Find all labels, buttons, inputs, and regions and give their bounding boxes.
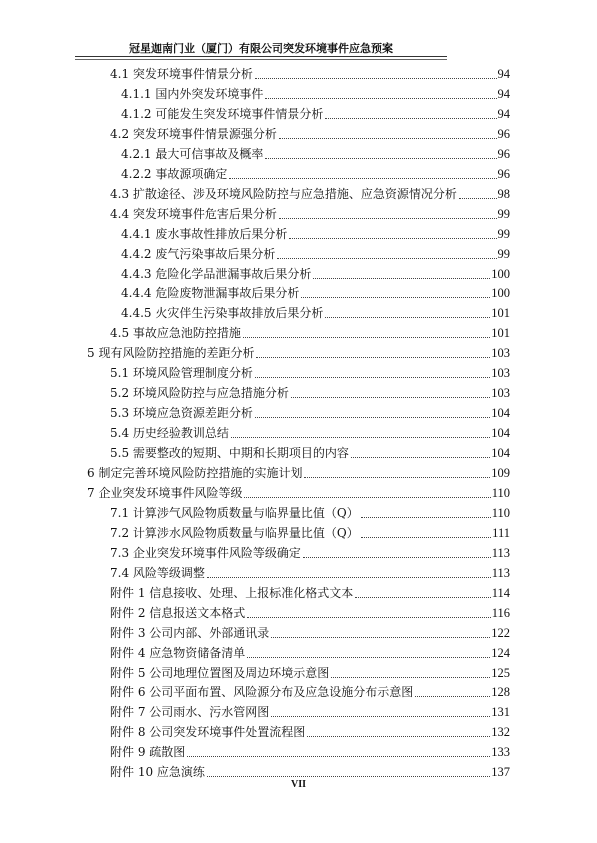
toc-entry-label: 6 制定完善环境风险防控措施的实施计划 xyxy=(87,466,304,480)
dot-leader xyxy=(304,465,490,478)
toc-entry-label: 附件 7 公司雨水、污水管网图 xyxy=(110,705,271,719)
dot-leader xyxy=(355,585,490,598)
toc-entry[interactable]: 4.4.5 火灾伴生污染事故排放后果分析101 xyxy=(121,300,510,320)
toc-entry-page: 103 xyxy=(491,366,510,380)
dot-leader xyxy=(244,485,490,498)
toc-entry[interactable]: 附件 4 应急物资储备清单124 xyxy=(110,640,510,660)
dot-leader xyxy=(271,625,490,638)
dot-leader xyxy=(256,345,490,358)
toc-entry-page: 104 xyxy=(491,446,510,460)
toc-entry-label: 7.2 计算涉水风险物质数量与临界量比值（Q） xyxy=(110,526,361,540)
dot-leader xyxy=(289,226,496,239)
dot-leader xyxy=(255,405,490,418)
toc-entry[interactable]: 5.5 需要整改的短期、中期和长期项目的内容104 xyxy=(110,440,510,460)
toc-entry-label: 4.5 事故应急池防控措施 xyxy=(110,326,243,340)
toc-entry-page: 103 xyxy=(491,346,510,360)
toc-entry-page: 131 xyxy=(491,705,510,719)
toc-entry-label: 附件 9 疏散图 xyxy=(110,745,187,759)
toc-entry-label: 附件 4 应急物资储备清单 xyxy=(110,646,247,660)
dot-leader xyxy=(229,166,496,179)
toc-entry-page: 132 xyxy=(491,725,510,739)
dot-leader xyxy=(351,445,490,458)
toc-entry-label: 4.2.2 事故源项确定 xyxy=(121,167,229,181)
toc-entry[interactable]: 5.4 历史经验教训总结104 xyxy=(110,420,510,440)
toc-entry[interactable]: 7 企业突发环境事件风险等级110 xyxy=(87,480,510,500)
toc-entry-page: 94 xyxy=(498,107,511,121)
toc-entry-page: 124 xyxy=(491,646,510,660)
toc-entry[interactable]: 4.4.1 废水事故性排放后果分析99 xyxy=(121,221,510,241)
header-rule-thin xyxy=(75,59,447,60)
dot-leader xyxy=(291,385,490,398)
dot-leader xyxy=(265,86,496,99)
toc-entry[interactable]: 4.4 突发环境事件危害后果分析99 xyxy=(110,201,510,221)
toc-entry-page: 122 xyxy=(491,626,510,640)
toc-entry[interactable]: 4.3 扩散途径、涉及环境风险防控与应急措施、应急资源情况分析98 xyxy=(110,181,510,201)
toc-entry-label: 4.4.3 危险化学品泄漏事故后果分析 xyxy=(121,267,313,281)
toc-entry-page: 128 xyxy=(491,685,510,699)
toc-entry[interactable]: 4.2.1 最大可信事故及概率96 xyxy=(121,141,510,161)
dot-leader xyxy=(415,684,490,697)
toc-entry[interactable]: 附件 6 公司平面布置、风险源分布及应急设施分布示意图128 xyxy=(110,679,510,699)
toc-entry-page: 98 xyxy=(498,187,511,201)
dot-leader xyxy=(279,206,497,219)
toc-entry-label: 5.3 环境应急资源差距分析 xyxy=(110,406,255,420)
toc-entry-page: 101 xyxy=(491,326,510,340)
toc-entry[interactable]: 4.2.2 事故源项确定96 xyxy=(121,161,510,181)
dot-leader xyxy=(265,146,496,159)
toc-entry-label: 附件 5 公司地理位置图及周边环境示意图 xyxy=(110,666,331,680)
toc-entry-label: 4.2 突发环境事件情景源强分析 xyxy=(110,127,279,141)
toc-entry-page: 110 xyxy=(492,486,510,500)
toc-entry[interactable]: 6 制定完善环境风险防控措施的实施计划109 xyxy=(87,460,510,480)
toc-entry-label: 4.4 突发环境事件危害后果分析 xyxy=(110,207,279,221)
toc-entry[interactable]: 4.5 事故应急池防控措施101 xyxy=(110,320,510,340)
toc-entry[interactable]: 5.2 环境风险防控与应急措施分析103 xyxy=(110,380,510,400)
toc-entry-page: 100 xyxy=(491,267,510,281)
toc-entry-page: 96 xyxy=(498,147,511,161)
toc-entry-page: 101 xyxy=(491,306,510,320)
dot-leader xyxy=(247,605,490,618)
toc-entry-page: 116 xyxy=(492,606,510,620)
toc-entry[interactable]: 4.4.4 危险废物泄漏事故后果分析100 xyxy=(121,280,510,300)
toc-entry[interactable]: 5 现有风险防控措施的差距分析103 xyxy=(87,340,510,360)
toc-entry[interactable]: 5.3 环境应急资源差距分析104 xyxy=(110,400,510,420)
toc-entry-label: 4.4.1 废水事故性排放后果分析 xyxy=(121,227,289,241)
dot-leader xyxy=(255,66,497,79)
toc-entry-page: 114 xyxy=(492,586,510,600)
toc-entry-page: 137 xyxy=(491,765,510,779)
dot-leader xyxy=(301,285,490,298)
toc-entry[interactable]: 4.1.2 可能发生突发环境事件情景分析94 xyxy=(121,101,510,121)
toc-entry-label: 7 企业突发环境事件风险等级 xyxy=(87,486,244,500)
dot-leader xyxy=(303,545,491,558)
toc-entry-label: 附件 1 信息接收、处理、上报标准化格式文本 xyxy=(110,586,355,600)
toc-entry-label: 5.2 环境风险防控与应急措施分析 xyxy=(110,386,291,400)
toc-entry-page: 111 xyxy=(492,526,510,540)
toc-entry[interactable]: 附件 9 疏散图133 xyxy=(110,739,510,759)
toc-entry-label: 附件 10 应急演练 xyxy=(110,765,207,779)
dot-leader xyxy=(247,645,490,658)
toc-entry[interactable]: 7.2 计算涉水风险物质数量与临界量比值（Q）111 xyxy=(110,520,510,540)
toc-entry-page: 94 xyxy=(498,87,511,101)
page-number: VII xyxy=(0,779,597,790)
toc-entry-page: 133 xyxy=(491,745,510,759)
toc-entry-page: 104 xyxy=(491,406,510,420)
toc-entry[interactable]: 4.2 突发环境事件情景源强分析96 xyxy=(110,121,510,141)
toc-entry-label: 4.4.4 危险废物泄漏事故后果分析 xyxy=(121,286,301,300)
toc-entry-page: 109 xyxy=(491,466,510,480)
toc-entry[interactable]: 4.1 突发环境事件情景分析94 xyxy=(110,61,510,81)
toc-entry-label: 4.1.2 可能发生突发环境事件情景分析 xyxy=(121,107,325,121)
toc-entry-page: 104 xyxy=(491,426,510,440)
toc-entry-label: 5 现有风险防控措施的差距分析 xyxy=(87,346,256,360)
toc-entry-label: 附件 3 公司内部、外部通讯录 xyxy=(110,626,271,640)
toc-entry-label: 附件 2 信息报送文本格式 xyxy=(110,606,247,620)
toc-entry-page: 99 xyxy=(498,227,511,241)
toc-entry-label: 附件 6 公司平面布置、风险源分布及应急设施分布示意图 xyxy=(110,685,415,699)
toc-entry-page: 103 xyxy=(491,386,510,400)
dot-leader xyxy=(331,665,490,678)
toc-entry[interactable]: 附件 7 公司雨水、污水管网图131 xyxy=(110,699,510,719)
dot-leader xyxy=(271,704,490,717)
toc-entry-page: 110 xyxy=(492,506,510,520)
toc-entry-page: 113 xyxy=(492,566,510,580)
toc-entry-page: 99 xyxy=(498,207,511,221)
toc-entry-page: 96 xyxy=(498,167,511,181)
toc-entry-label: 5.5 需要整改的短期、中期和长期项目的内容 xyxy=(110,446,351,460)
toc-entry[interactable]: 附件 3 公司内部、外部通讯录122 xyxy=(110,620,510,640)
dot-leader xyxy=(207,764,490,777)
toc-entry[interactable]: 4.4.2 废气污染事故后果分析99 xyxy=(121,241,510,261)
toc-entry-label: 4.3 扩散途径、涉及环境风险防控与应急措施、应急资源情况分析 xyxy=(110,187,459,201)
running-header-title: 冠星迦南门业（厦门）有限公司突发环境事件应急预案 xyxy=(75,40,447,56)
dot-leader xyxy=(325,305,490,318)
toc-entry-label: 7.3 企业突发环境事件风险等级确定 xyxy=(110,546,303,560)
toc-entry-page: 94 xyxy=(498,67,511,81)
toc-entry-label: 4.4.5 火灾伴生污染事故排放后果分析 xyxy=(121,306,325,320)
dot-leader xyxy=(207,565,491,578)
toc-entry-page: 125 xyxy=(491,666,510,680)
toc-entry-page: 99 xyxy=(498,247,511,261)
toc-entry[interactable]: 4.4.3 危险化学品泄漏事故后果分析100 xyxy=(121,261,510,281)
dot-leader xyxy=(313,266,490,279)
dot-leader xyxy=(307,724,490,737)
toc-entry-label: 5.1 环境风险管理制度分析 xyxy=(110,366,255,380)
toc-entry[interactable]: 5.1 环境风险管理制度分析103 xyxy=(110,360,510,380)
toc-entry[interactable]: 附件 1 信息接收、处理、上报标准化格式文本114 xyxy=(110,580,510,600)
toc-entry[interactable]: 附件 2 信息报送文本格式116 xyxy=(110,600,510,620)
toc-entry-label: 7.4 风险等级调整 xyxy=(110,566,207,580)
dot-leader xyxy=(361,505,491,518)
dot-leader xyxy=(187,744,490,757)
toc-entry[interactable]: 7.1 计算涉气风险物质数量与临界量比值（Q）110 xyxy=(110,500,510,520)
toc-entry-page: 100 xyxy=(491,286,510,300)
toc-entry[interactable]: 附件 5 公司地理位置图及周边环境示意图125 xyxy=(110,660,510,680)
dot-leader xyxy=(459,186,497,199)
toc-entry-label: 4.1 突发环境事件情景分析 xyxy=(110,67,255,81)
dot-leader xyxy=(325,106,496,119)
dot-leader xyxy=(361,525,491,538)
header-rule xyxy=(75,56,447,57)
toc-entry-label: 5.4 历史经验教训总结 xyxy=(110,426,231,440)
dot-leader xyxy=(231,425,490,438)
toc-entry-label: 4.2.1 最大可信事故及概率 xyxy=(121,147,265,161)
toc-entry[interactable]: 附件 10 应急演练137 xyxy=(110,759,510,779)
toc-entry-page: 113 xyxy=(492,546,510,560)
toc-entry-label: 4.4.2 废气污染事故后果分析 xyxy=(121,247,277,261)
toc-entry[interactable]: 7.4 风险等级调整113 xyxy=(110,560,510,580)
dot-leader xyxy=(255,365,490,378)
toc-entry[interactable]: 7.3 企业突发环境事件风险等级确定113 xyxy=(110,540,510,560)
toc-entry[interactable]: 附件 8 公司突发环境事件处置流程图132 xyxy=(110,719,510,739)
toc-entry[interactable]: 4.1.1 国内外突发环境事件94 xyxy=(121,81,510,101)
dot-leader xyxy=(243,325,490,338)
toc-entry-page: 96 xyxy=(498,127,511,141)
toc-entry-label: 4.1.1 国内外突发环境事件 xyxy=(121,87,265,101)
dot-leader xyxy=(277,246,496,259)
toc-entry-label: 7.1 计算涉气风险物质数量与临界量比值（Q） xyxy=(110,506,361,520)
toc-entry-label: 附件 8 公司突发环境事件处置流程图 xyxy=(110,725,307,739)
dot-leader xyxy=(279,126,497,139)
